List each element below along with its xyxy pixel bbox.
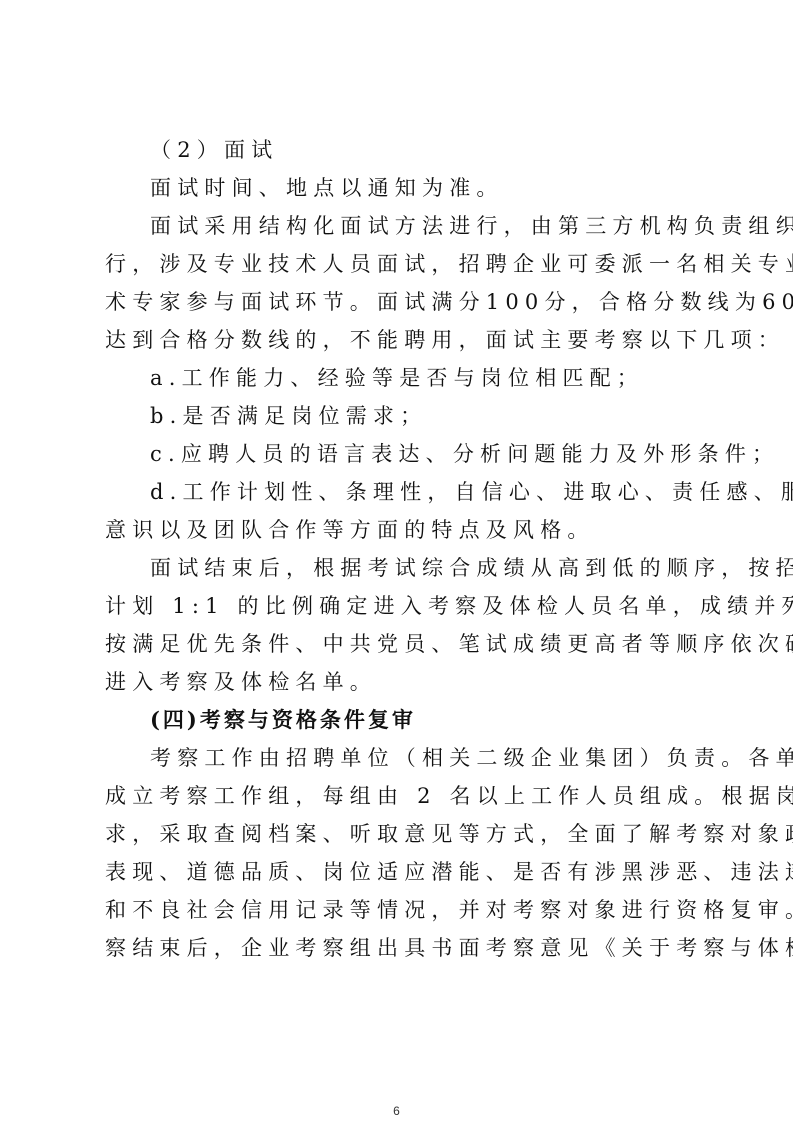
paragraph-line: 进入考察及体检名单。 <box>105 663 685 701</box>
list-item-d: d.工作计划性、条理性，自信心、进取心、责任感、服务 <box>105 473 685 511</box>
list-item-d-continued: 意识以及团队合作等方面的特点及风格。 <box>105 511 685 549</box>
list-item-a: a.工作能力、经验等是否与岗位相匹配； <box>105 359 685 397</box>
paragraph-line: 行，涉及专业技术人员面试，招聘企业可委派一名相关专业技 <box>105 245 685 283</box>
section-heading-inspection: (四)考察与资格条件复审 <box>105 701 685 739</box>
paragraph-line: 和不良社会信用记录等情况，并对考察对象进行资格复审。考 <box>105 891 685 929</box>
list-item-c: c.应聘人员的语言表达、分析问题能力及外形条件； <box>105 435 685 473</box>
document-body: （2）面试 面试时间、地点以通知为准。 面试采用结构化面试方法进行，由第三方机构… <box>105 131 685 967</box>
list-item-b: b.是否满足岗位需求； <box>105 397 685 435</box>
paragraph-line: 面试采用结构化面试方法进行，由第三方机构负责组织进 <box>105 207 685 245</box>
paragraph-line: 面试结束后，根据考试综合成绩从高到低的顺序，按招聘 <box>105 549 685 587</box>
page-number: 6 <box>0 1104 793 1118</box>
paragraph-line: 求，采取查阅档案、听取意见等方式，全面了解考察对象政治 <box>105 815 685 853</box>
paragraph-line: 成立考察工作组，每组由 2 名以上工作人员组成。根据岗位要 <box>105 777 685 815</box>
paragraph-line: 计划 1:1 的比例确定进入考察及体检人员名单，成绩并列者， <box>105 587 685 625</box>
paragraph-line: 考察工作由招聘单位（相关二级企业集团）负责。各单位 <box>105 739 685 777</box>
paragraph-line: 察结束后，企业考察组出具书面考察意见《关于考察与体检工 <box>105 929 685 967</box>
paragraph-line: 面试时间、地点以通知为准。 <box>105 169 685 207</box>
subsection-heading-interview: （2）面试 <box>105 131 685 169</box>
paragraph-line: 表现、道德品质、岗位适应潜能、是否有涉黑涉恶、违法违纪 <box>105 853 685 891</box>
paragraph-line: 达到合格分数线的，不能聘用，面试主要考察以下几项： <box>105 321 685 359</box>
paragraph-line: 术专家参与面试环节。面试满分100分，合格分数线为60分，未 <box>105 283 685 321</box>
paragraph-line: 按满足优先条件、中共党员、笔试成绩更高者等顺序依次确定 <box>105 625 685 663</box>
